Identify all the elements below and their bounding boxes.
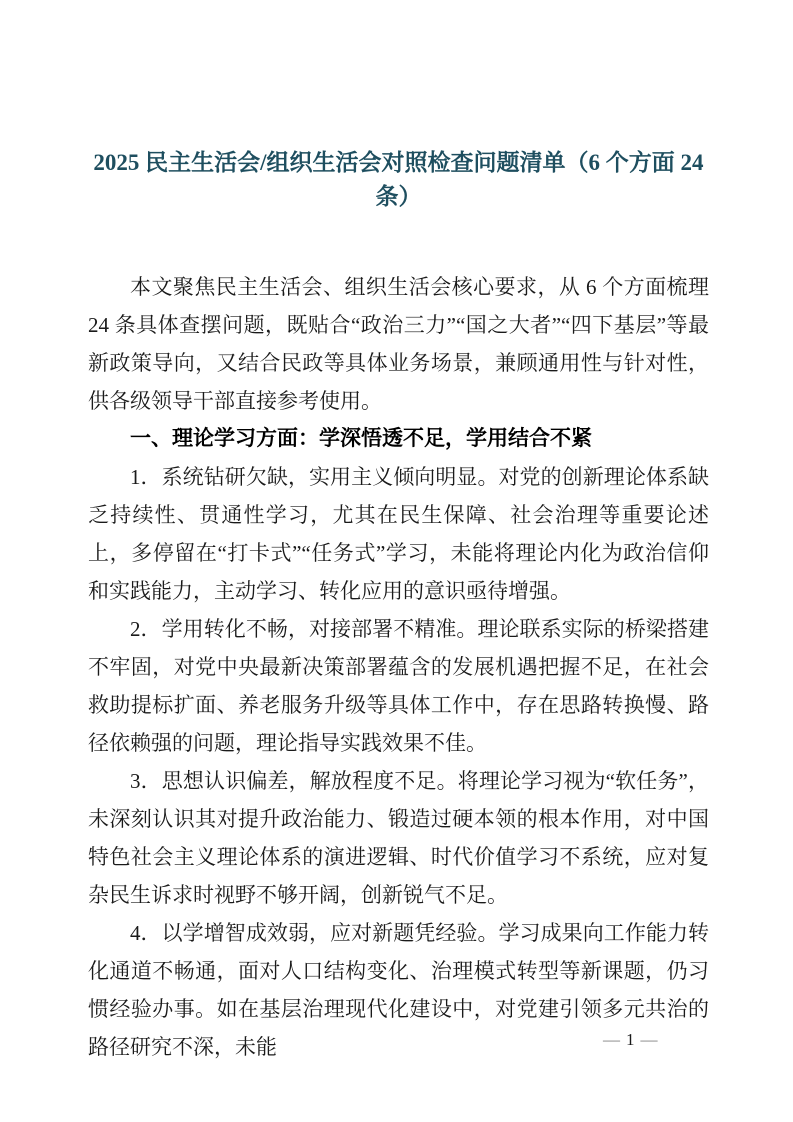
page-footer: —1— <box>597 1030 664 1050</box>
problem-item-3: 3．思想认识偏差，解放程度不足。将理论学习视为“软任务”，未深刻认识其对提升政治… <box>88 762 709 914</box>
document-page: 2025 民主生活会/组织生活会对照检查问题清单（6 个方面 24 条） 本文聚… <box>0 0 793 1122</box>
document-title: 2025 民主生活会/组织生活会对照检查问题清单（6 个方面 24 条） <box>88 146 709 214</box>
intro-paragraph: 本文聚焦民主生活会、组织生活会核心要求，从 6 个方面梳理 24 条具体查摆问题… <box>88 268 709 420</box>
problem-item-2: 2．学用转化不畅，对接部署不精准。理论联系实际的桥梁搭建不牢固，对党中央最新决策… <box>88 610 709 762</box>
document-body: 2025 民主生活会/组织生活会对照检查问题清单（6 个方面 24 条） 本文聚… <box>88 146 709 1066</box>
footer-page-number: 1 <box>626 1030 635 1049</box>
footer-dash-right: — <box>641 1030 658 1049</box>
footer-dash-left: — <box>603 1030 620 1049</box>
problem-item-1: 1．系统钻研欠缺，实用主义倾向明显。对党的创新理论体系缺乏持续性、贯通性学习，尤… <box>88 458 709 610</box>
section-heading-theory-study: 一、理论学习方面：学深悟透不足，学用结合不紧 <box>88 420 709 458</box>
